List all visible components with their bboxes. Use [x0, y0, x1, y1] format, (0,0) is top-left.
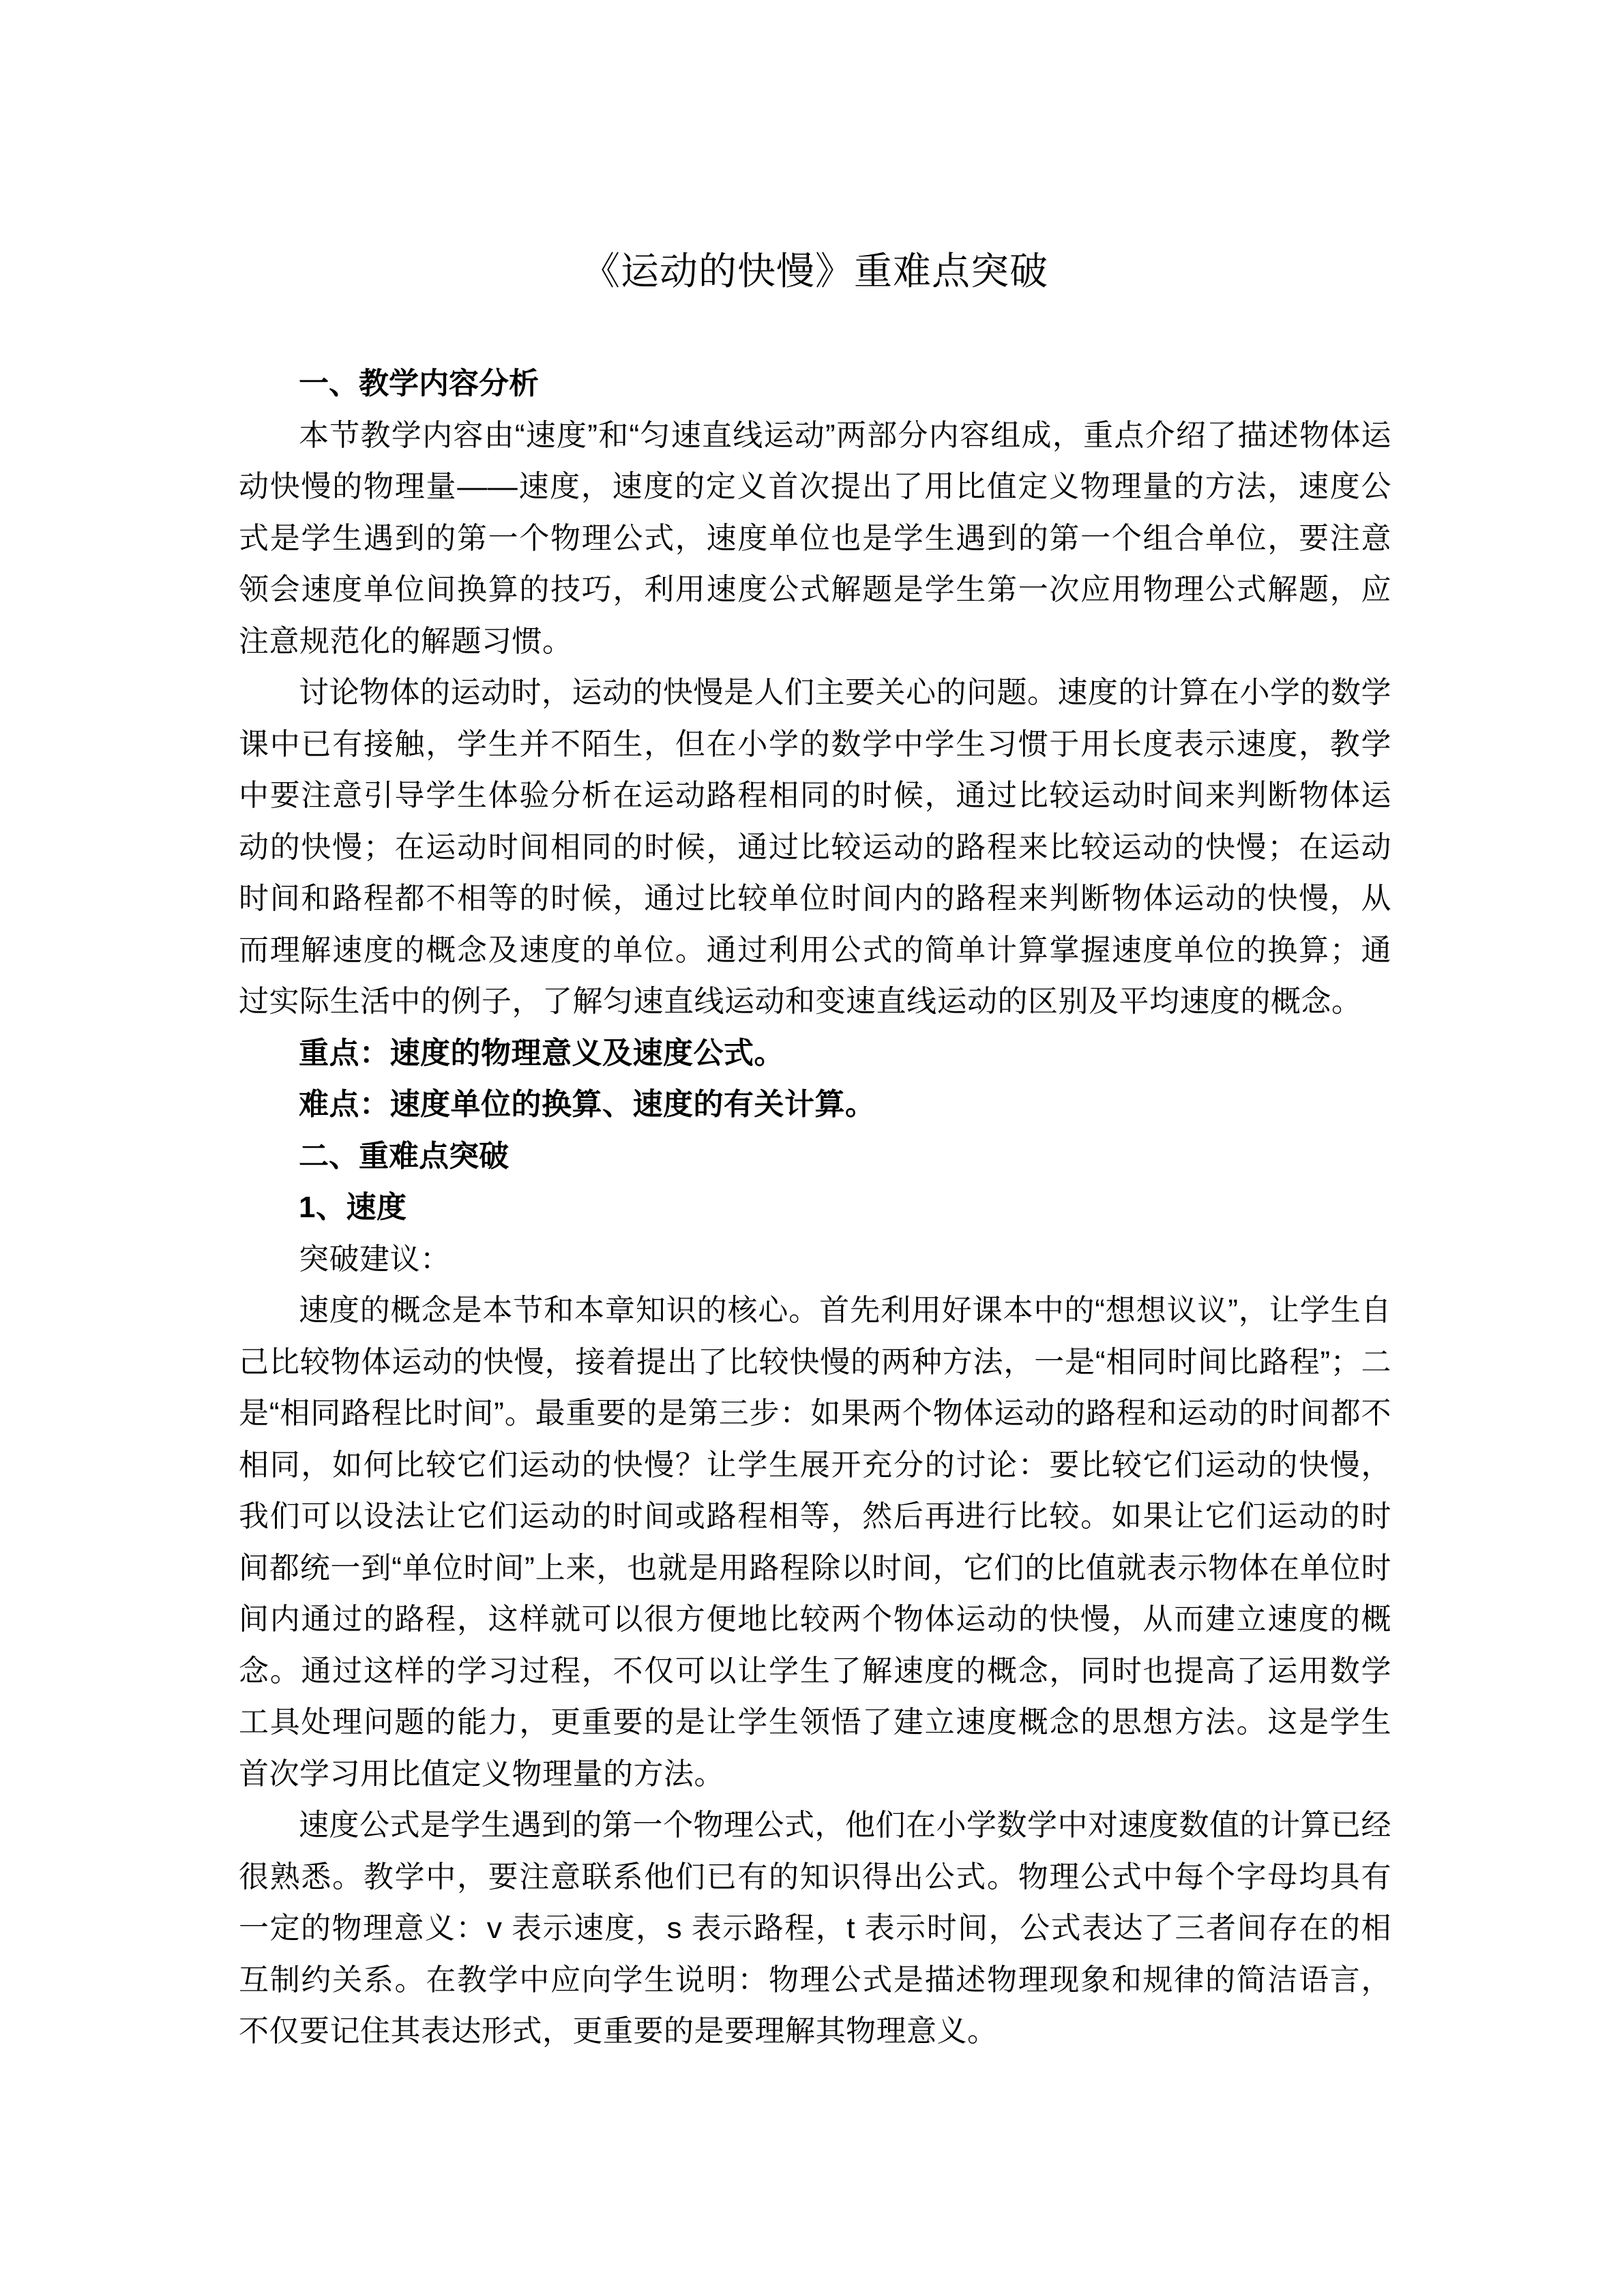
section-heading-teaching-content-analysis: 一、教学内容分析: [239, 358, 1391, 410]
document-content: 《运动的快慢》重难点突破 一、教学内容分析 本节教学内容由“速度”和“匀速直线运…: [239, 244, 1391, 2057]
document-title: 《运动的快慢》重难点突破: [239, 244, 1391, 299]
subsection-heading-speed: 1、速度: [239, 1182, 1391, 1234]
section-heading-key-difficulty-breakthrough: 二、重难点突破: [239, 1131, 1391, 1182]
body-paragraph: 本节教学内容由“速度”和“匀速直线运动”两部分内容组成，重点介绍了描述物体运动快…: [239, 410, 1391, 668]
body-paragraph: 速度的概念是本节和本章知识的核心。首先利用好课本中的“想想议议”，让学生自己比较…: [239, 1285, 1391, 1800]
document-page: 《运动的快慢》重难点突破 一、教学内容分析 本节教学内容由“速度”和“匀速直线运…: [0, 0, 1624, 2296]
key-point-line: 重点：速度的物理意义及速度公式。: [239, 1028, 1391, 1079]
breakthrough-suggestion-label: 突破建议：: [239, 1234, 1391, 1285]
body-paragraph: 讨论物体的运动时，运动的快慢是人们主要关心的问题。速度的计算在小学的数学课中已有…: [239, 667, 1391, 1028]
difficult-point-line: 难点：速度单位的换算、速度的有关计算。: [239, 1079, 1391, 1131]
body-paragraph: 速度公式是学生遇到的第一个物理公式，他们在小学数学中对速度数值的计算已经很熟悉。…: [239, 1800, 1391, 2057]
